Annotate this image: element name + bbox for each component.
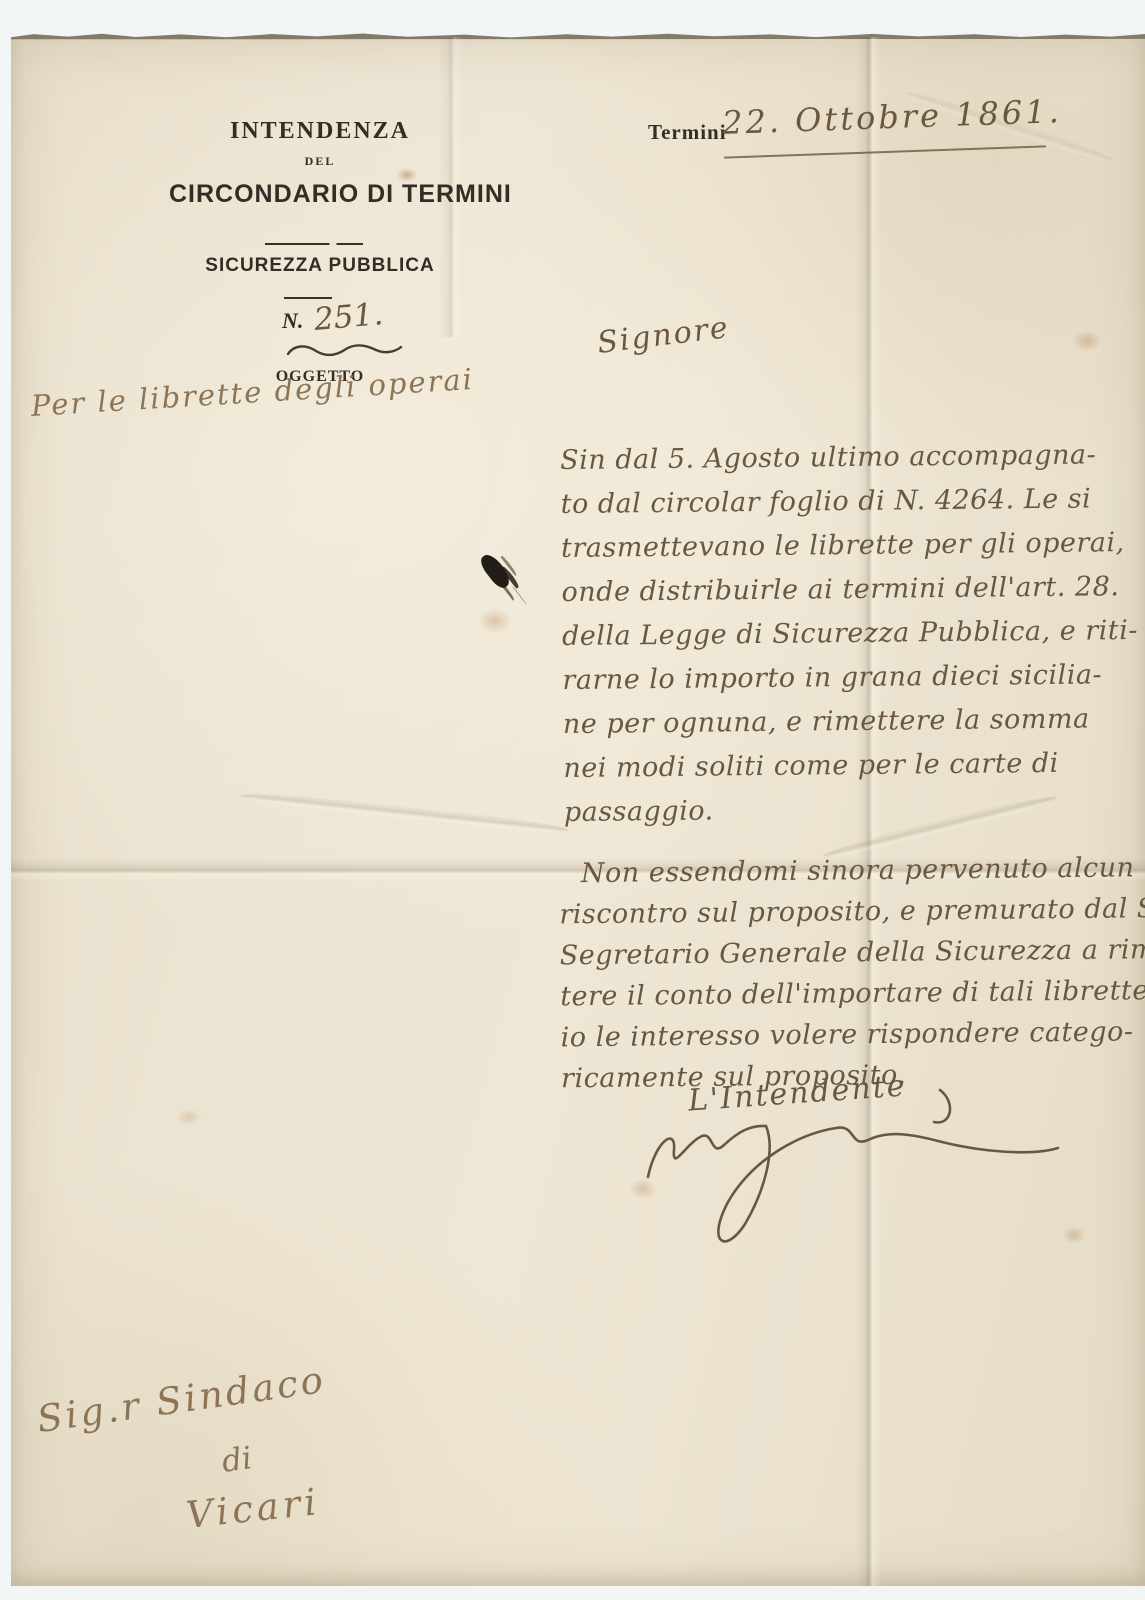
body-line: onde distribuirle ai termini dell'art. 2… bbox=[561, 565, 1137, 615]
protocol-number-label: N. bbox=[282, 308, 303, 334]
stain bbox=[176, 1108, 202, 1126]
body-paragraph-2: Non essendomi sinora pervenuto alcun ris… bbox=[559, 847, 1145, 1100]
body-line: Segretario Generale della Sicurezza a ri… bbox=[560, 929, 1145, 977]
body-line: riscontro sul proposito, e premurato dal… bbox=[559, 888, 1145, 936]
recipient-line2: di bbox=[220, 1440, 254, 1480]
intendente-signature bbox=[600, 1082, 1080, 1282]
body-line: Non essendomi sinora pervenuto alcun bbox=[559, 847, 1145, 895]
org-name-line3: CIRCONDARIO DI TERMINI bbox=[169, 180, 485, 209]
body-line: passaggio. bbox=[564, 785, 1140, 835]
org-name-line2: DEL bbox=[155, 154, 485, 169]
protocol-number-value: 251. bbox=[313, 296, 385, 338]
letterhead-divider-1 bbox=[265, 243, 363, 245]
dateline-place: Termini bbox=[648, 120, 727, 145]
body-line: Sin dal 5. Agosto ultimo accompagna- bbox=[560, 433, 1136, 483]
body-line: trasmettevano le librette per gli operai… bbox=[561, 521, 1137, 571]
body-paragraph-1: Sin dal 5. Agosto ultimo accompagna- to … bbox=[560, 433, 1140, 835]
department-name: SICUREZZA PUBBLICA bbox=[155, 255, 485, 277]
body-line: della Legge di Sicurezza Pubblica, e rit… bbox=[562, 609, 1138, 659]
org-name-line1: INTENDENZA bbox=[155, 118, 485, 145]
body-line: to dal circolar foglio di N. 4264. Le si bbox=[560, 477, 1136, 527]
body-line: ne per ognuna, e rimettere la somma bbox=[563, 697, 1139, 747]
body-line: io le interesso volere rispondere catego… bbox=[560, 1011, 1145, 1059]
letterhead-divider-2 bbox=[284, 297, 332, 299]
letterhead: INTENDENZA DEL CIRCONDARIO DI TERMINI bbox=[155, 118, 485, 209]
flourish-underline bbox=[284, 341, 404, 359]
stain bbox=[1072, 330, 1102, 352]
body-line: tere il conto dell'importare di tali lib… bbox=[560, 970, 1145, 1018]
stain bbox=[478, 608, 512, 634]
scanned-letter: INTENDENZA DEL CIRCONDARIO DI TERMINI SI… bbox=[0, 0, 1145, 1600]
body-line: rarne lo importo in grana dieci sicilia- bbox=[562, 653, 1138, 703]
torn-top-edge bbox=[11, 31, 1145, 40]
body-line: nei modi soliti come per le carte di bbox=[563, 741, 1139, 791]
